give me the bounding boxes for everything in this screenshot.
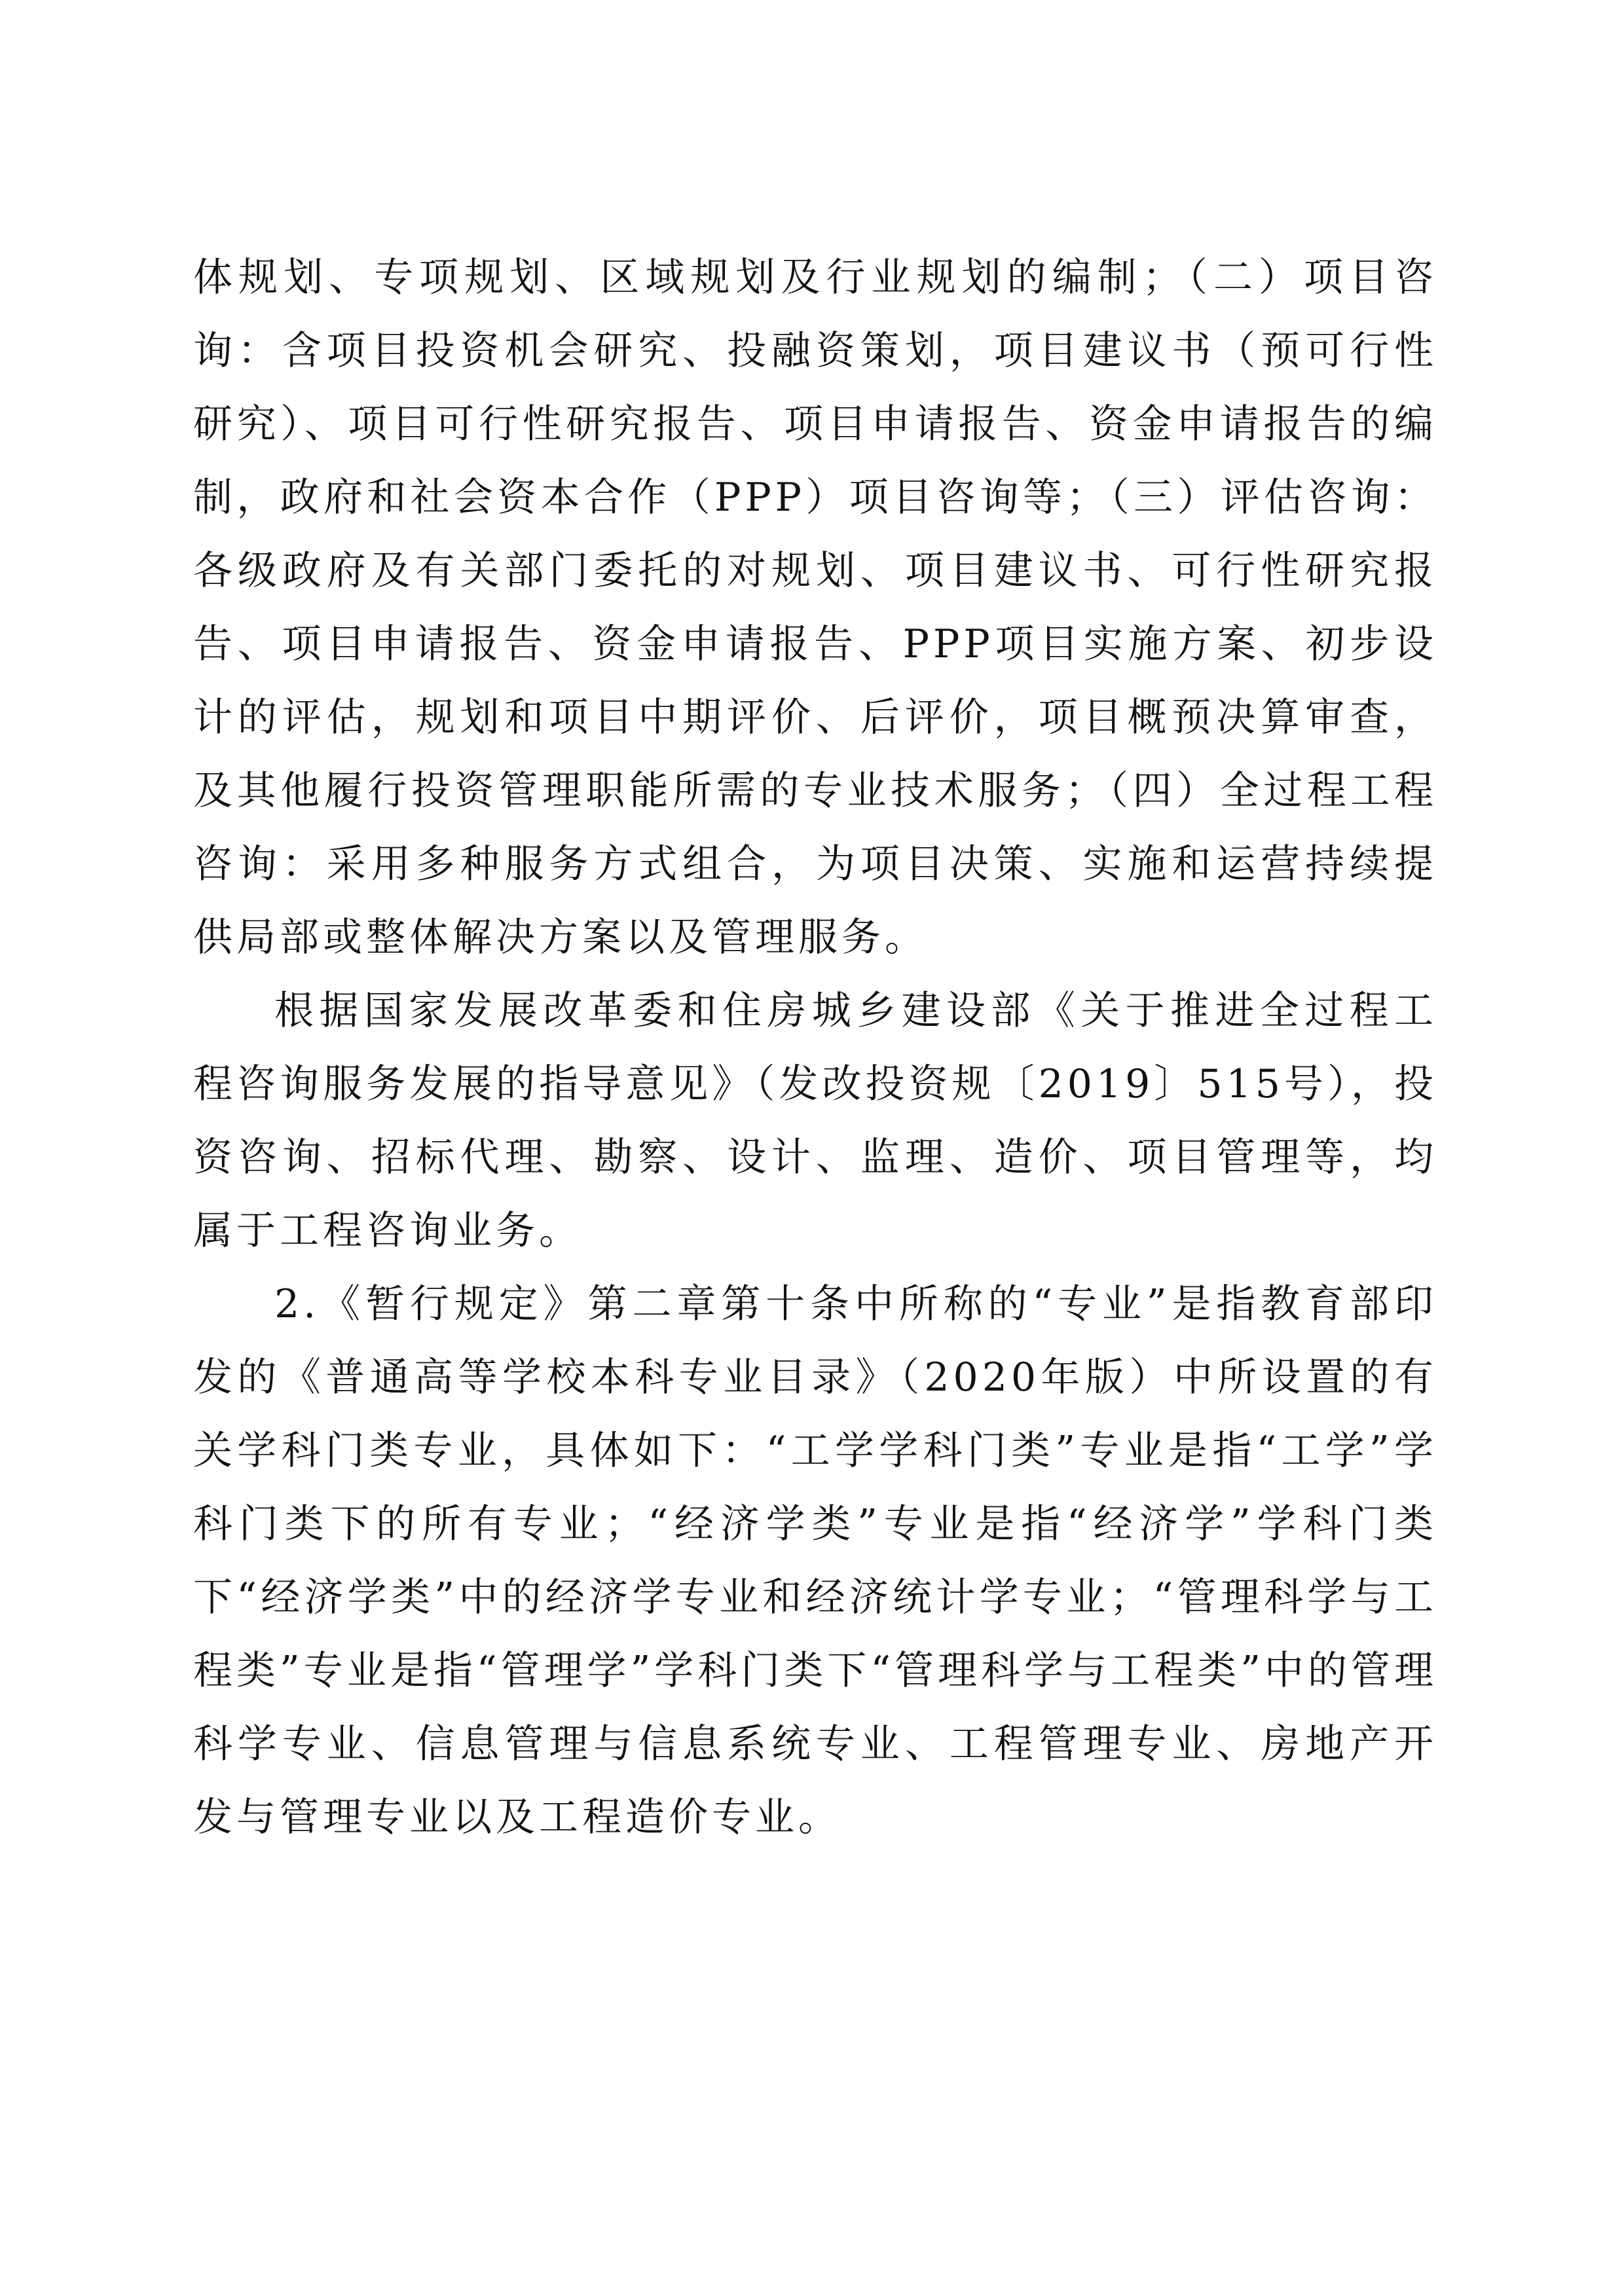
paragraph-major-definition: 2.《暂行规定》第二章第十条中所称的“专业”是指教育部印发的《普通高等学校本科专… (193, 1267, 1437, 1854)
paragraph-guidance-basis: 根据国家发展改革委和住房城乡建设部《关于推进全过程工程咨询服务发展的指导意见》（… (193, 974, 1437, 1267)
paragraph-service-scope: 体规划、专项规划、区域规划及行业规划的编制；（二）项目咨询：含项目投资机会研究、… (193, 241, 1437, 974)
document-page: 体规划、专项规划、区域规划及行业规划的编制；（二）项目咨询：含项目投资机会研究、… (193, 241, 1437, 1854)
